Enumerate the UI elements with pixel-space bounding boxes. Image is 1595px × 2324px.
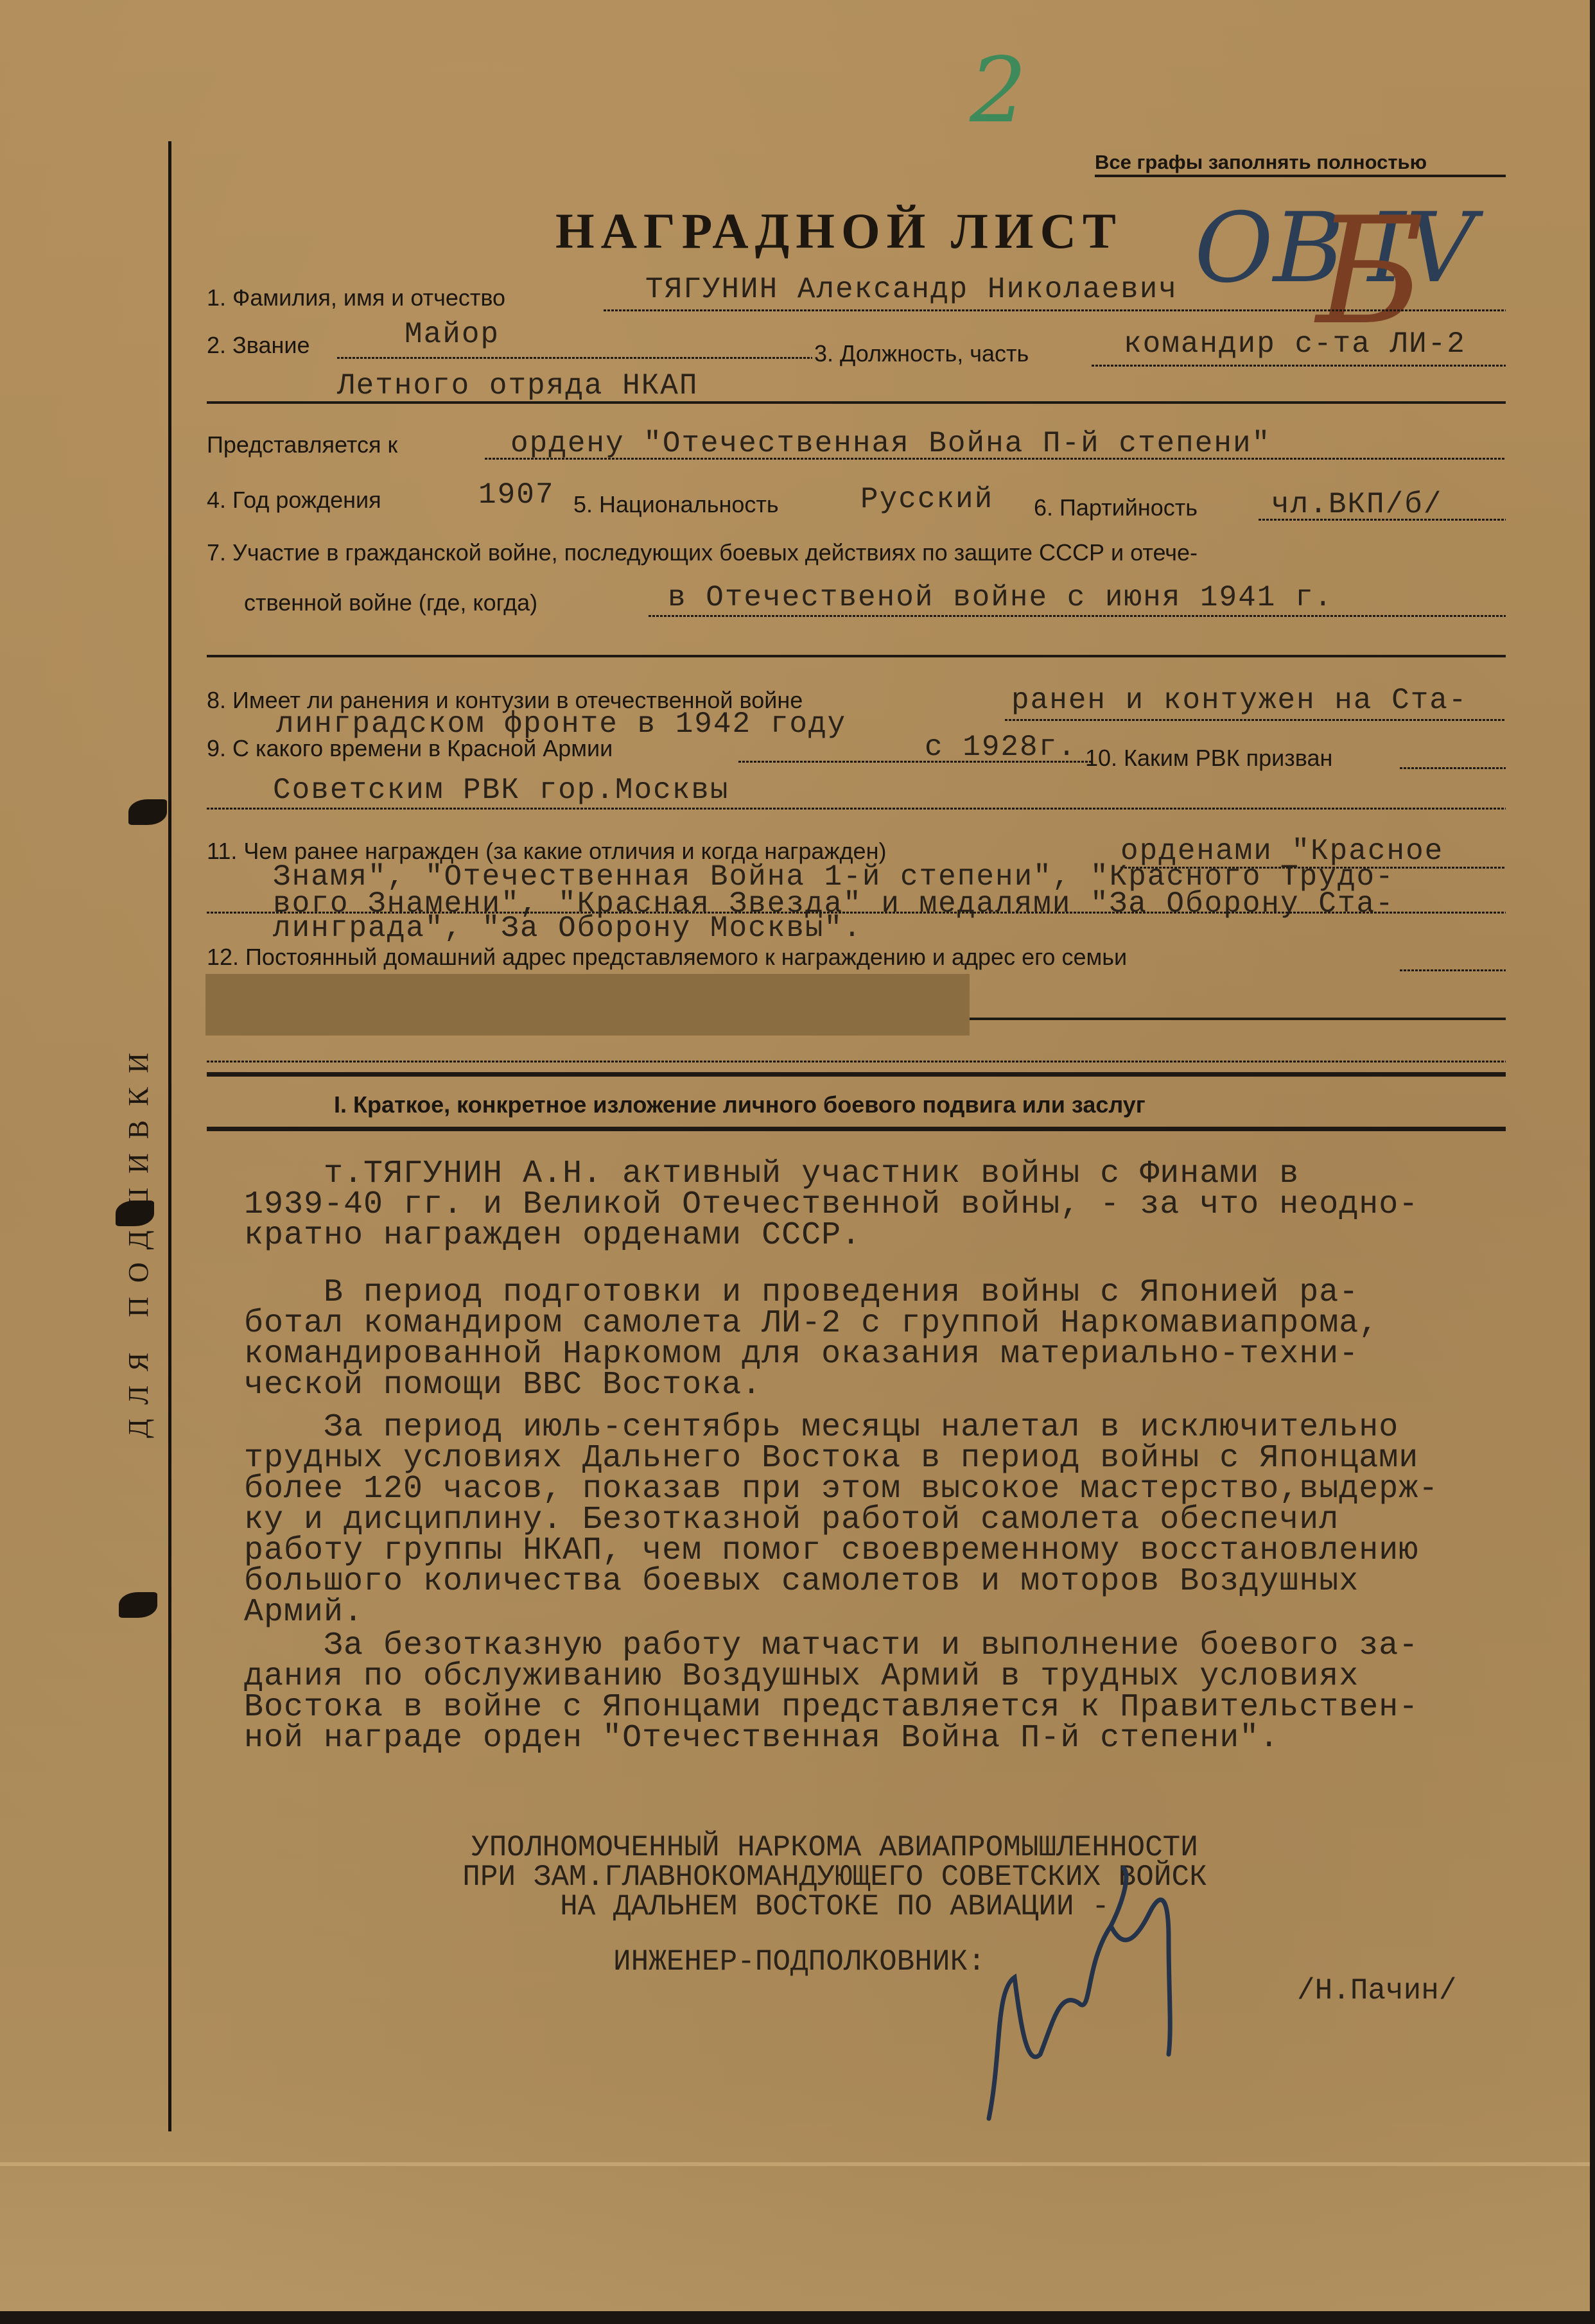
redacted-address	[205, 974, 970, 1036]
field-label-award: Представляется к	[207, 431, 397, 458]
binding-hole-icon	[128, 799, 167, 825]
field-label-rvk: 10. Каким РВК призван	[1085, 745, 1332, 772]
fill-all-instruction: Все графы заполнять полностью	[1095, 151, 1427, 174]
field-label-participation: 7. Участие в гражданской войне, последую…	[207, 539, 1198, 566]
field-line	[207, 808, 1506, 810]
section-divider	[207, 1072, 1506, 1077]
field-label-position: 3. Должность, часть	[814, 340, 1029, 367]
binding-margin-line	[168, 141, 171, 2131]
binding-hole-icon	[119, 1592, 157, 1618]
award-sheet-page: ДЛЯ ПОДШИВКИ 2 ОВ IV Б Все графы заполня…	[0, 0, 1590, 2311]
signatory-rank: ИНЖЕНЕР-ПОДПОЛКОВНИК:	[613, 1945, 986, 1979]
field-line	[970, 1018, 1506, 1020]
field-label-participation-cont: ственной войне (где, когда)	[244, 589, 537, 616]
merit-paragraph: т.ТЯГУНИН А.Н. активный участник войны с…	[244, 1159, 1418, 1251]
field-line	[337, 357, 812, 359]
field-label-birth-year: 4. Год рождения	[207, 487, 381, 514]
field-line	[1400, 969, 1506, 971]
field-value-position-cont: Летного отряда НКАП	[337, 369, 699, 403]
field-value-name: ТЯГУНИН Александр Николаевич	[645, 273, 1178, 306]
field-value-position: командир с-та ЛИ-2	[1124, 327, 1466, 361]
field-line	[649, 615, 1506, 617]
field-value-prior-awards-cont3: линграда", "За Оборону Москвы".	[273, 912, 862, 945]
field-value-participation: в Отечественой войне с июня 1941 г.	[668, 581, 1333, 614]
field-label-address: 12. Постоянный домашний адрес представля…	[207, 944, 1127, 971]
field-line	[485, 458, 1506, 460]
field-value-rvk: Советским РВК гор.Москвы	[273, 774, 729, 807]
paper-fold	[0, 2162, 1590, 2166]
field-line	[1005, 719, 1506, 721]
field-line	[1400, 767, 1506, 769]
field-value-birth-year: 1907	[478, 478, 554, 512]
binding-label: ДЛЯ ПОДШИВКИ	[122, 1039, 155, 1438]
field-line	[207, 1061, 1506, 1062]
field-line	[1092, 365, 1506, 367]
field-line	[1259, 519, 1506, 521]
field-label-nationality: 5. Национальность	[573, 491, 779, 518]
field-value-award: ордену "Отечественная Война П-й степени"	[510, 427, 1271, 460]
section-heading: I. Краткое, конкретное изложение личного…	[334, 1091, 1146, 1118]
signature-icon	[976, 1862, 1323, 2131]
field-value-army-since: с 1928г.	[925, 731, 1077, 764]
field-label-rank: 2. Звание	[207, 332, 310, 359]
field-label-party: 6. Партийность	[1034, 494, 1198, 521]
handwritten-page-number: 2	[970, 39, 1027, 143]
binding-hole-icon	[116, 1201, 154, 1226]
page-title: НАГРАДНОЙ ЛИСТ	[555, 202, 1122, 260]
field-value-party: чл.ВКП/б/	[1271, 488, 1442, 521]
field-value-rank: Майор	[405, 318, 500, 351]
section-divider	[207, 1127, 1506, 1131]
field-line	[207, 401, 1506, 404]
merit-paragraph: За период июль-сентябрь месяцы налетал в…	[244, 1412, 1438, 1628]
instruction-underline	[1095, 175, 1506, 177]
field-value-nationality: Русский	[860, 483, 993, 516]
merit-paragraph: За безотказную работу матчасти и выполне…	[244, 1631, 1418, 1754]
merit-paragraph: В период подготовки и проведения войны с…	[244, 1278, 1379, 1401]
field-label-name: 1. Фамилия, имя и отчество	[207, 284, 505, 311]
field-label-army-since: 9. С какого времени в Красной Армии	[207, 735, 613, 762]
field-value-wounds: ранен и контужен на Ста-	[1011, 684, 1468, 717]
field-line	[207, 655, 1506, 657]
field-line	[738, 761, 1092, 763]
field-line	[604, 309, 1506, 311]
